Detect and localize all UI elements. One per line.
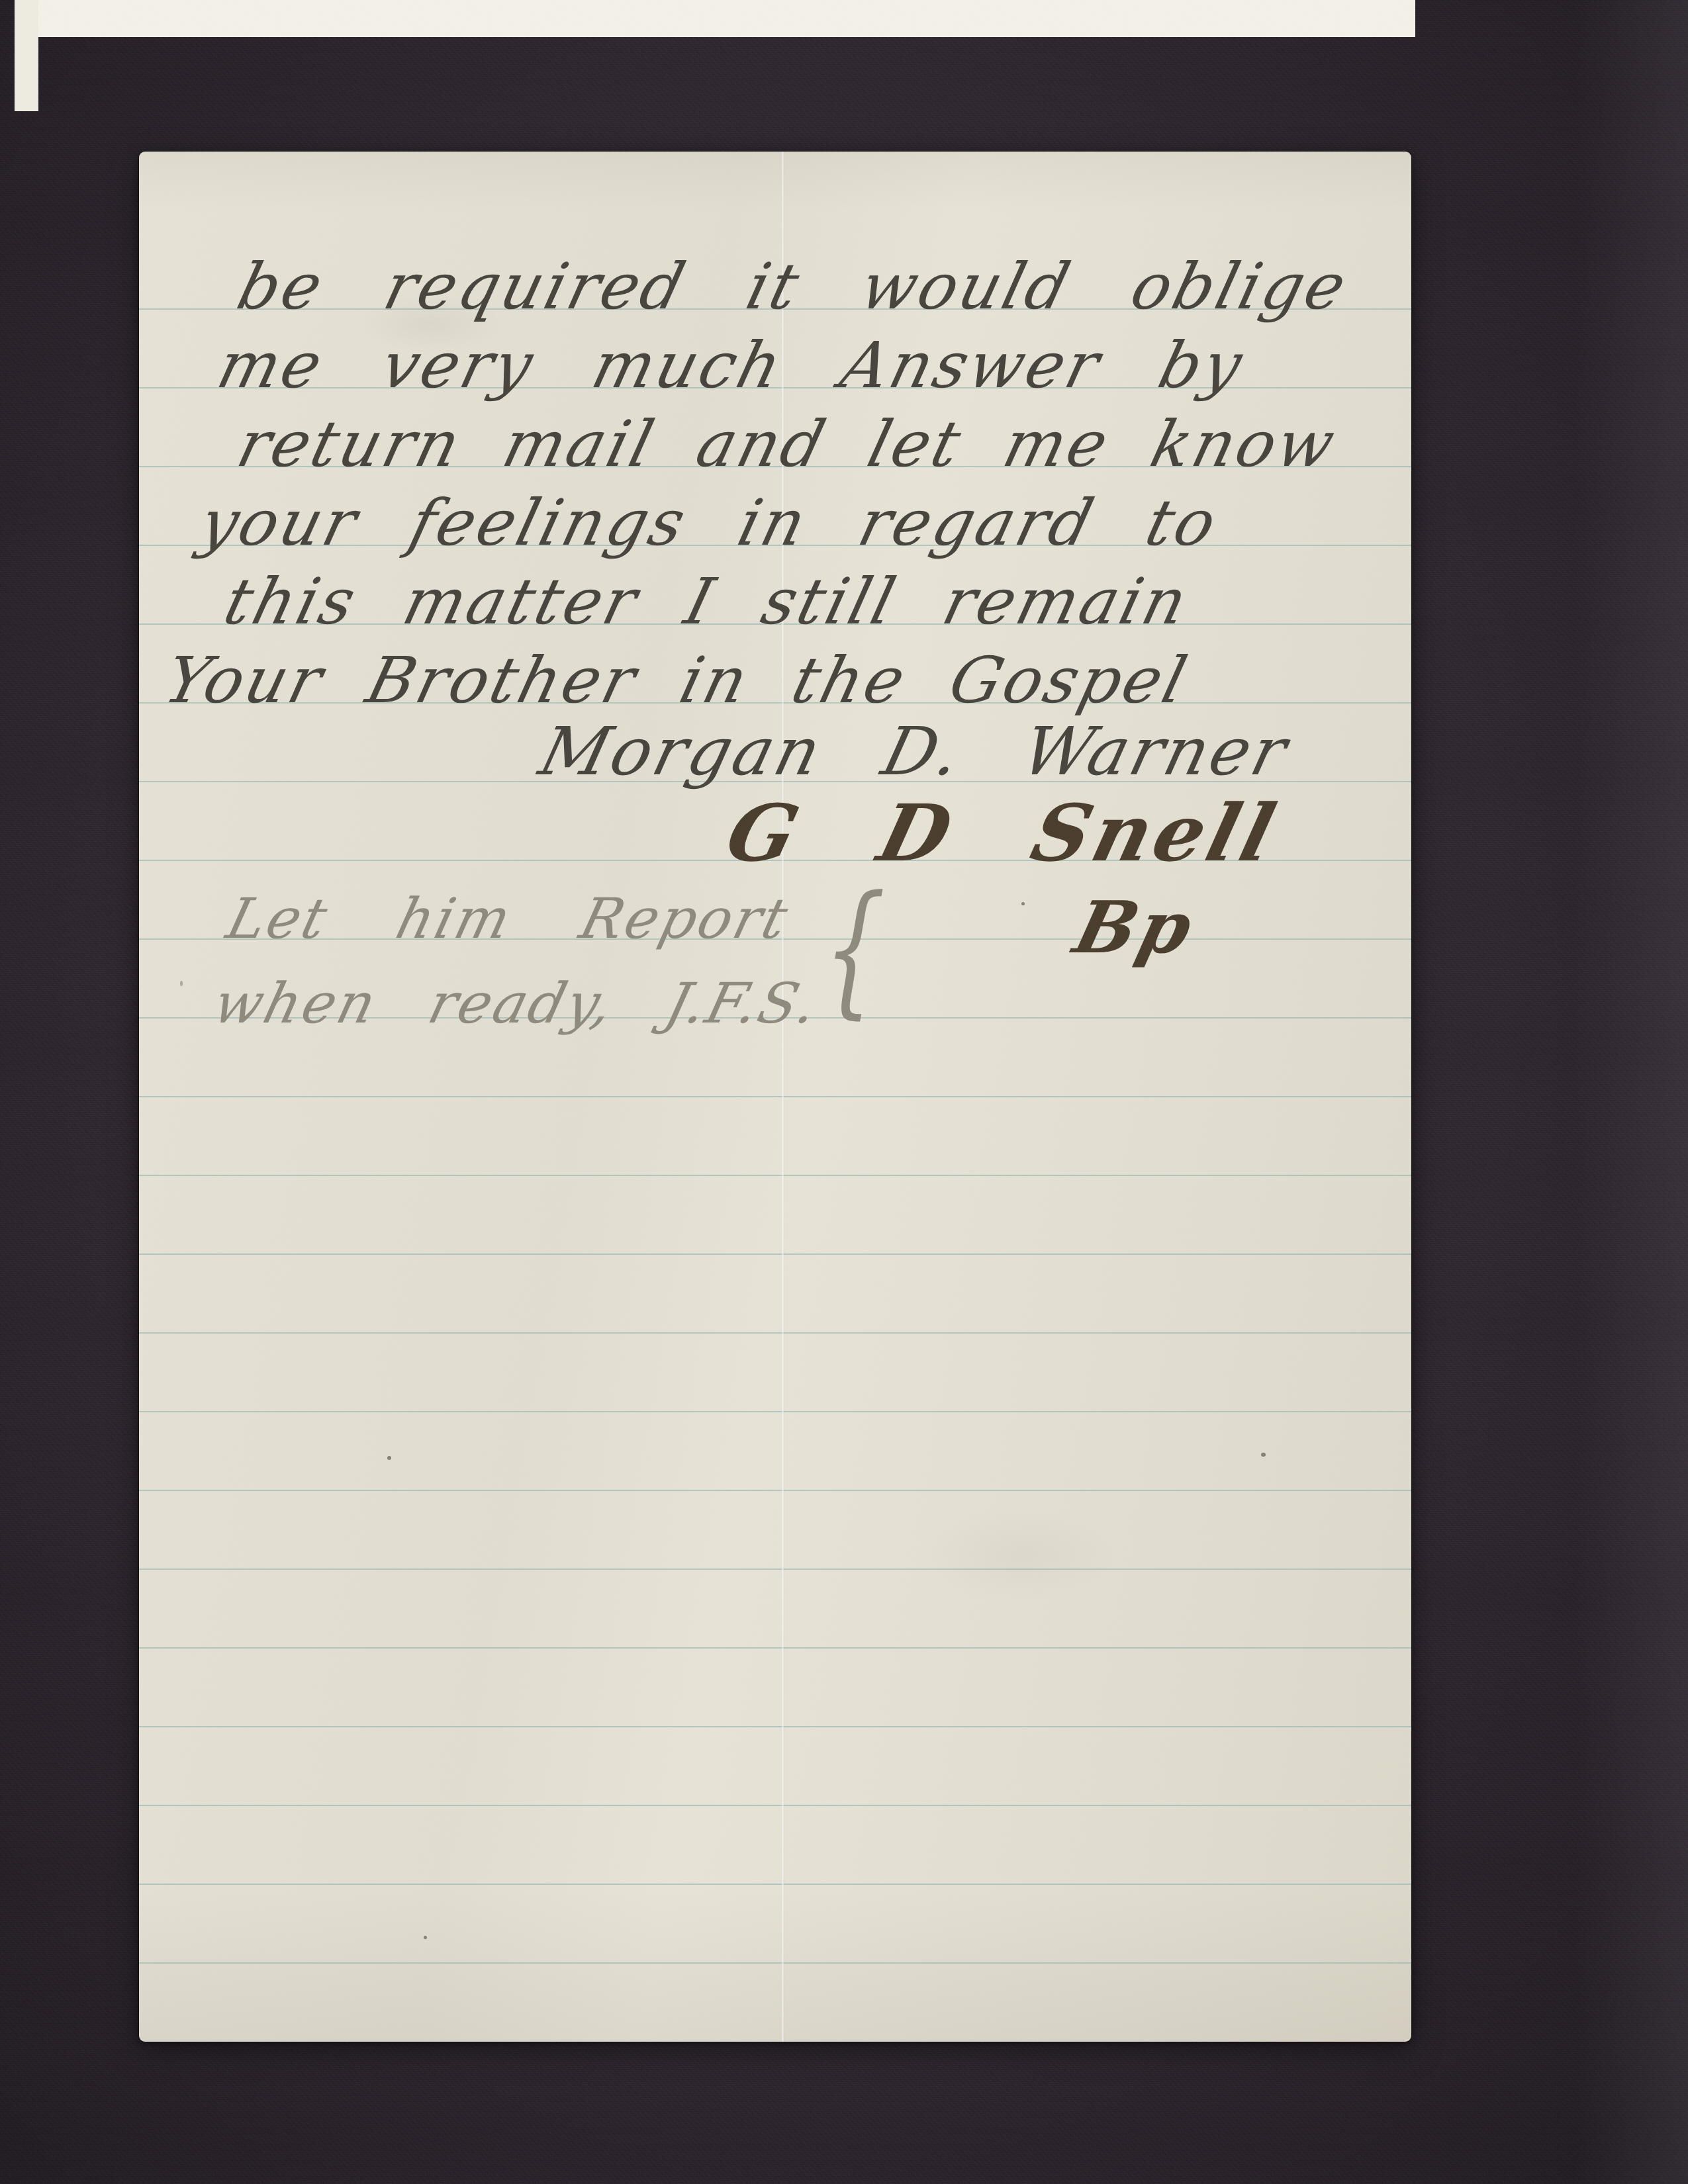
paper-speck [1021,902,1025,905]
scan-light-band-right [1575,0,1688,2184]
scan-edge-artifact-top [17,0,1415,37]
handwriting-line-1: be required it would oblige [232,255,1354,318]
handwriting-line-5: this matter I still remain [218,570,1196,633]
scan-backdrop: be required it would oblige me very much… [0,0,1688,2184]
paper-speck [180,981,183,986]
pencil-annotation-line-2: when ready, J.F.S. [209,976,825,1031]
paper-speck [424,1936,427,1939]
handwriting-line-4: your feelings in regard to [194,491,1225,555]
pencil-annotation-line-1: Let him Report [222,891,795,946]
handwriting-line-2: me very much Answer by [212,334,1250,397]
letter-page: be required it would oblige me very much… [139,152,1411,2042]
paper-speck [1261,1453,1266,1457]
signature-bp: Bp [1068,892,1201,964]
paper-speck [387,1456,391,1460]
scan-edge-artifact-left [15,0,38,111]
handwriting-line-6: Your Brother in the Gospel [159,649,1195,712]
signature-g-d-snell: G D Snell [720,794,1286,872]
signature-morgan-d-warner: Morgan D. Warner [534,719,1295,785]
handwriting-line-3: return mail and let me know [232,412,1343,476]
pencil-brace: { [821,878,886,1022]
